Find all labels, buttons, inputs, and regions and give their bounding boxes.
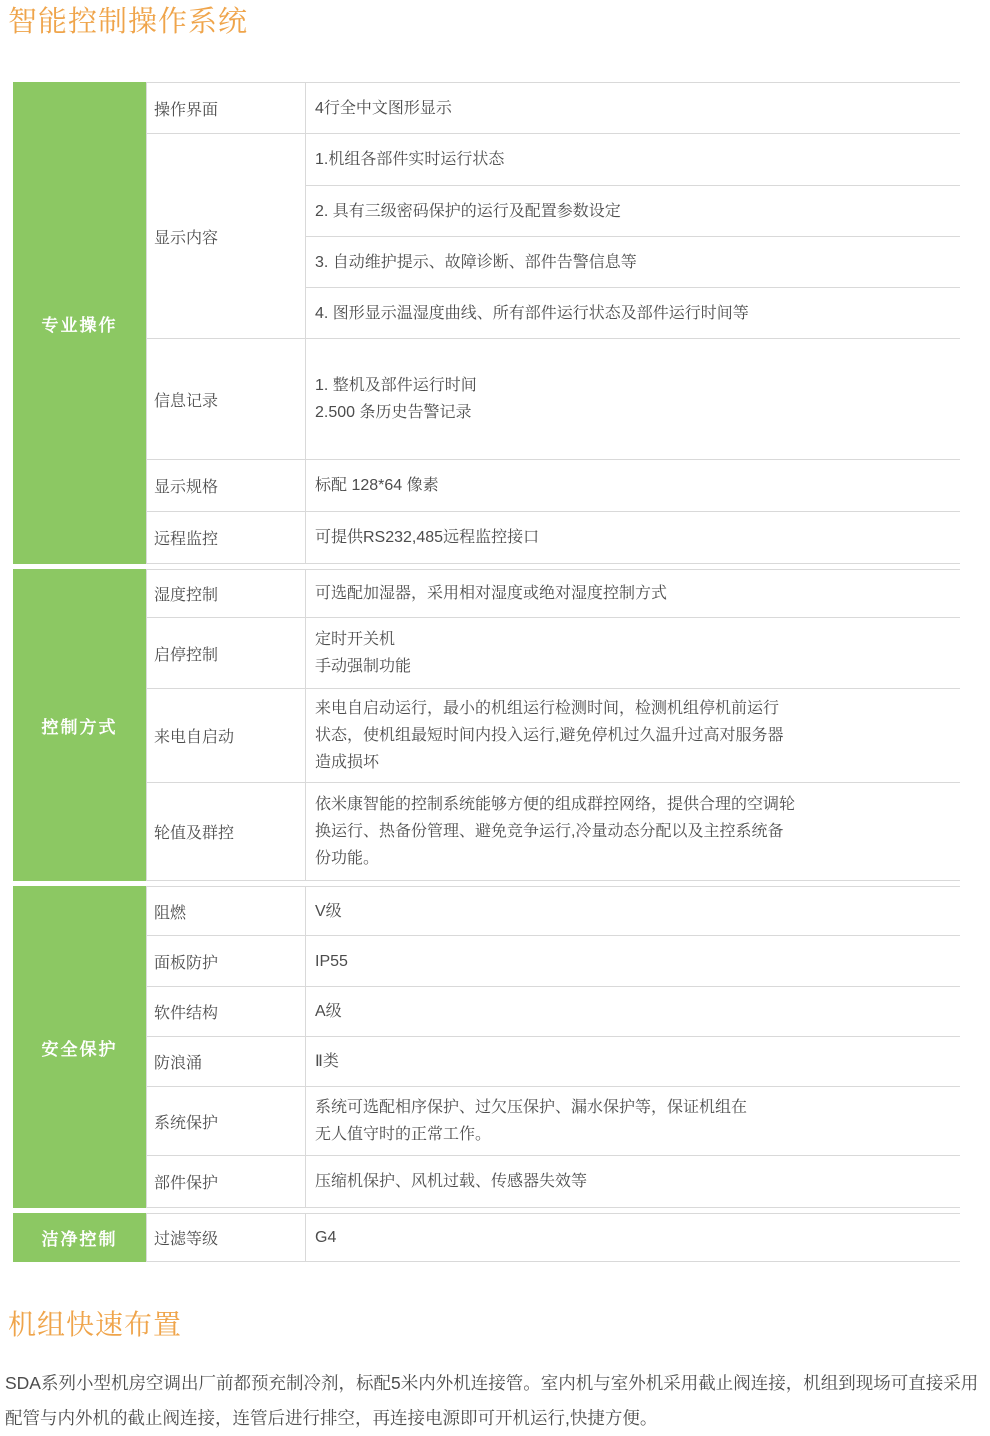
value-cell: 2. 具有三级密码保护的运行及配置参数设定 [306,185,960,236]
value-cell: 可提供RS232,485远程监控接口 [306,512,960,563]
spec-row: 阻燃V级 [147,886,960,936]
spec-row: 过滤等级G4 [147,1213,960,1262]
spec-row: 显示内容1.机组各部件实时运行状态2. 具有三级密码保护的运行及配置参数设定3.… [147,134,960,339]
value-cells: 依米康智能的控制系统能够方便的组成群控网络，提供合理的空调轮换运行、热备份管理、… [306,783,960,880]
attribute-cell: 面板防护 [147,936,306,986]
section-label: 洁净控制 [13,1213,146,1262]
spec-table: 专业操作操作界面4行全中文图形显示显示内容1.机组各部件实时运行状态2. 具有三… [13,82,960,1262]
value-cells: 系统可选配相序保护、过欠压保护、漏水保护等，保证机组在无人值守时的正常工作。 [306,1087,960,1155]
attribute-cell: 来电自启动 [147,689,306,782]
section-rows: 过滤等级G4 [146,1213,960,1262]
value-cell: A级 [306,987,960,1036]
value-line: 造成损坏 [315,749,950,776]
value-cells: 可选配加湿器，采用相对湿度或绝对湿度控制方式 [306,570,960,617]
spec-row: 部件保护压缩机保护、风机过载、传感器失效等 [147,1156,960,1208]
value-line: 1. 整机及部件运行时间 [315,372,950,399]
value-line: 2. 具有三级密码保护的运行及配置参数设定 [315,198,950,225]
value-cell: 3. 自动维护提示、故障诊断、部件告警信息等 [306,236,960,287]
value-cell: 1.机组各部件实时运行状态 [306,134,960,185]
value-cells: V级 [306,887,960,935]
attribute-cell: 湿度控制 [147,570,306,617]
value-cells: 来电自启动运行，最小的机组运行检测时间，检测机组停机前运行状态，使机组最短时间内… [306,689,960,782]
attribute-cell: 防浪涌 [147,1037,306,1086]
value-cell: 定时开关机手动强制功能 [306,618,960,688]
spec-row: 来电自启动来电自启动运行，最小的机组运行检测时间，检测机组停机前运行状态，使机组… [147,689,960,783]
value-cell: V级 [306,887,960,935]
value-line: 无人值守时的正常工作。 [315,1121,950,1148]
value-line: Ⅱ类 [315,1048,950,1075]
value-cell: 1. 整机及部件运行时间2.500 条历史告警记录 [306,339,960,459]
value-line: 手动强制功能 [315,653,950,680]
spec-row: 操作界面4行全中文图形显示 [147,82,960,134]
value-cell: 标配 128*64 像素 [306,460,960,511]
attribute-cell: 信息记录 [147,339,306,459]
spec-row: 防浪涌Ⅱ类 [147,1037,960,1087]
spec-row: 面板防护IP55 [147,936,960,987]
page-title: 智能控制操作系统 [0,0,990,40]
attribute-cell: 系统保护 [147,1087,306,1155]
value-cells: G4 [306,1214,960,1261]
spec-section: 控制方式湿度控制可选配加湿器，采用相对湿度或绝对湿度控制方式启停控制定时开关机手… [13,569,960,881]
value-cell: Ⅱ类 [306,1037,960,1086]
value-line: 标配 128*64 像素 [315,472,950,499]
attribute-cell: 部件保护 [147,1156,306,1207]
value-cell: 系统可选配相序保护、过欠压保护、漏水保护等，保证机组在无人值守时的正常工作。 [306,1087,960,1155]
value-line: 可提供RS232,485远程监控接口 [315,524,950,551]
section-rows: 湿度控制可选配加湿器，采用相对湿度或绝对湿度控制方式启停控制定时开关机手动强制功… [146,569,960,881]
attribute-cell: 远程监控 [147,512,306,563]
spec-section: 洁净控制过滤等级G4 [13,1213,960,1262]
quick-layout-description: SDA系列小型机房空调出厂前都预充制冷剂，标配5米内外机连接管。室内机与室外机采… [5,1366,986,1436]
value-cells: Ⅱ类 [306,1037,960,1086]
value-cell: 4. 图形显示温湿度曲线、所有部件运行状态及部件运行时间等 [306,287,960,338]
value-cells: IP55 [306,936,960,986]
spec-section: 专业操作操作界面4行全中文图形显示显示内容1.机组各部件实时运行状态2. 具有三… [13,82,960,564]
attribute-cell: 软件结构 [147,987,306,1036]
value-cells: 4行全中文图形显示 [306,83,960,133]
value-line: 可选配加湿器，采用相对湿度或绝对湿度控制方式 [315,580,950,607]
spec-row: 显示规格标配 128*64 像素 [147,460,960,512]
spec-row: 软件结构A级 [147,987,960,1037]
value-line: 4. 图形显示温湿度曲线、所有部件运行状态及部件运行时间等 [315,300,950,327]
value-cells: 定时开关机手动强制功能 [306,618,960,688]
spec-row: 启停控制定时开关机手动强制功能 [147,618,960,689]
section-rows: 操作界面4行全中文图形显示显示内容1.机组各部件实时运行状态2. 具有三级密码保… [146,82,960,564]
value-cell: 4行全中文图形显示 [306,83,960,133]
section-label: 控制方式 [13,569,146,881]
spec-row: 信息记录1. 整机及部件运行时间2.500 条历史告警记录 [147,339,960,460]
attribute-cell: 过滤等级 [147,1214,306,1261]
section-label: 专业操作 [13,82,146,564]
value-cells: 1.机组各部件实时运行状态2. 具有三级密码保护的运行及配置参数设定3. 自动维… [306,134,960,338]
attribute-cell: 显示规格 [147,460,306,511]
value-cells: A级 [306,987,960,1036]
value-cell: 来电自启动运行，最小的机组运行检测时间，检测机组停机前运行状态，使机组最短时间内… [306,689,960,782]
value-line: 系统可选配相序保护、过欠压保护、漏水保护等，保证机组在 [315,1094,950,1121]
value-line: A级 [315,998,950,1025]
value-line: IP55 [315,948,950,975]
attribute-cell: 启停控制 [147,618,306,688]
spec-row: 系统保护系统可选配相序保护、过欠压保护、漏水保护等，保证机组在无人值守时的正常工… [147,1087,960,1156]
value-cells: 可提供RS232,485远程监控接口 [306,512,960,563]
section-title-quick-layout: 机组快速布置 [8,1308,990,1342]
attribute-cell: 轮值及群控 [147,783,306,880]
value-cell: 依米康智能的控制系统能够方便的组成群控网络，提供合理的空调轮换运行、热备份管理、… [306,783,960,880]
value-cells: 1. 整机及部件运行时间2.500 条历史告警记录 [306,339,960,459]
value-line: 份功能。 [315,845,950,872]
value-line: 定时开关机 [315,626,950,653]
section-rows: 阻燃V级面板防护IP55软件结构A级防浪涌Ⅱ类系统保护系统可选配相序保护、过欠压… [146,886,960,1208]
value-cells: 标配 128*64 像素 [306,460,960,511]
value-cell: 压缩机保护、风机过载、传感器失效等 [306,1156,960,1207]
attribute-cell: 阻燃 [147,887,306,935]
value-cell: 可选配加湿器，采用相对湿度或绝对湿度控制方式 [306,570,960,617]
value-line: 3. 自动维护提示、故障诊断、部件告警信息等 [315,249,950,276]
value-line: G4 [315,1224,950,1251]
attribute-cell: 显示内容 [147,134,306,338]
value-line: 压缩机保护、风机过载、传感器失效等 [315,1168,950,1195]
value-line: 依米康智能的控制系统能够方便的组成群控网络，提供合理的空调轮 [315,791,950,818]
spec-section: 安全保护阻燃V级面板防护IP55软件结构A级防浪涌Ⅱ类系统保护系统可选配相序保护… [13,886,960,1208]
value-cell: IP55 [306,936,960,986]
spec-row: 轮值及群控依米康智能的控制系统能够方便的组成群控网络，提供合理的空调轮换运行、热… [147,783,960,881]
value-line: 1.机组各部件实时运行状态 [315,146,950,173]
value-line: 状态，使机组最短时间内投入运行,避免停机过久温升过高对服务器 [315,722,950,749]
section-label: 安全保护 [13,886,146,1208]
value-cells: 压缩机保护、风机过载、传感器失效等 [306,1156,960,1207]
value-line: 来电自启动运行，最小的机组运行检测时间，检测机组停机前运行 [315,695,950,722]
value-cell: G4 [306,1214,960,1261]
value-line: V级 [315,898,950,925]
attribute-cell: 操作界面 [147,83,306,133]
value-line: 2.500 条历史告警记录 [315,399,950,426]
value-line: 4行全中文图形显示 [315,95,950,122]
spec-page: 智能控制操作系统 专业操作操作界面4行全中文图形显示显示内容1.机组各部件实时运… [0,0,990,1436]
spec-row: 湿度控制可选配加湿器，采用相对湿度或绝对湿度控制方式 [147,569,960,618]
spec-row: 远程监控可提供RS232,485远程监控接口 [147,512,960,564]
value-line: 换运行、热备份管理、避免竞争运行,冷量动态分配以及主控系统备 [315,818,950,845]
